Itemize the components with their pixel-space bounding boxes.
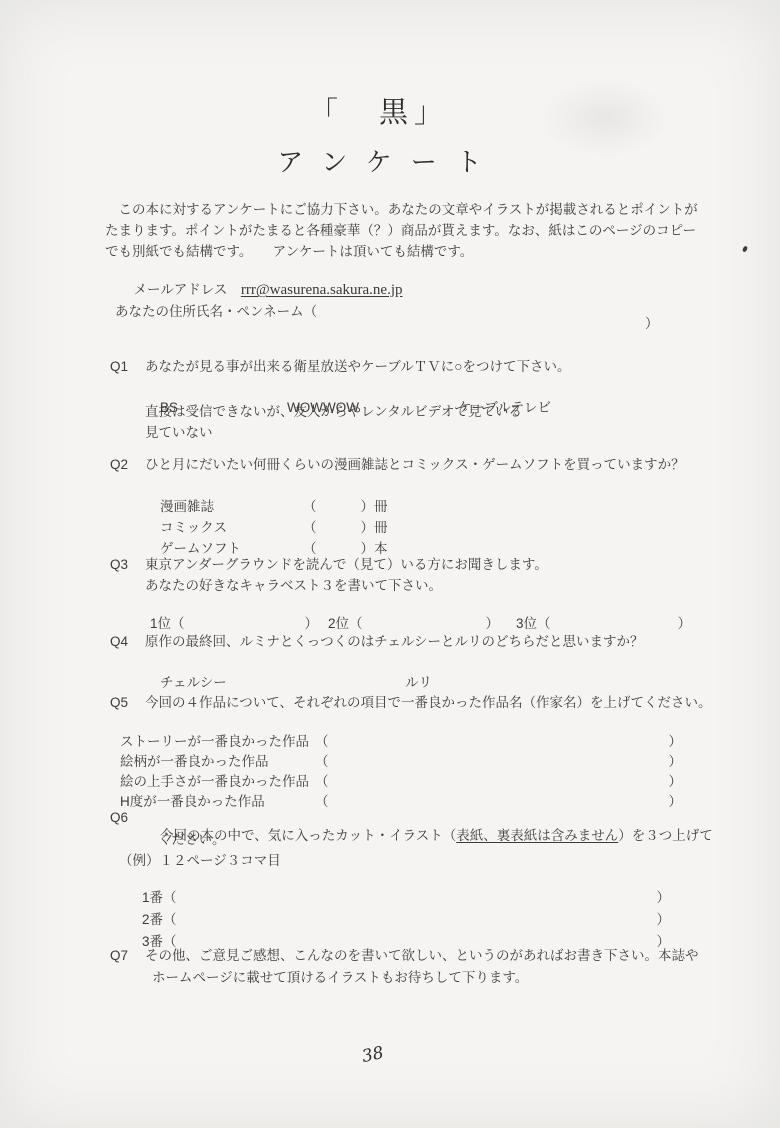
q2-number: Q2 xyxy=(110,456,128,474)
q1-option-none: 見ていない xyxy=(145,424,213,442)
q2-text: ひと月にだいたい何冊くらいの漫画雑誌とコミックス・ゲームソフトを買っていますか？ xyxy=(145,456,685,474)
q1-text: あなたが見る事が出来る衛星放送やケーブルＴＶに○をつけて下さい。 xyxy=(145,358,570,376)
q7-text-line-2: ホームページに載せて頂けるイラストもお待ちして下ります。 xyxy=(152,969,528,987)
page-number: 38 xyxy=(360,1044,385,1066)
q3-text-line-2: あなたの好きなキャラベスト３を書いて下さい。 xyxy=(145,577,442,595)
q3-number: Q3 xyxy=(110,556,128,574)
name-field-label: あなたの住所氏名・ペンネーム（ xyxy=(115,303,317,321)
intro-line-2: たまります。ポイントがたまると各種豪華（？）商品が貰えます。なお、紙はこのページ… xyxy=(105,222,696,240)
q3-text-line-1: 東京アンダーグラウンドを読んで（見て）いる方にお聞きします。 xyxy=(145,556,548,574)
q3-rank2-label: 2位（ xyxy=(328,616,363,631)
q1-option-indirect: 直接は受信できないが、友人からやレンタルビデオで見ている xyxy=(145,403,522,421)
scan-speck xyxy=(742,245,748,252)
answer-paren-close: ） xyxy=(361,541,375,556)
q4-option-ruri: ルリ xyxy=(405,675,432,690)
name-field-close-paren: ） xyxy=(645,315,659,333)
scanned-questionnaire-page: 「 黒」 アンケート この本に対するアンケートにご協力下さい。あなたの文章やイラ… xyxy=(0,0,780,1128)
q3-rank3-label: 3位（ xyxy=(516,616,551,631)
q6-number: Q6 xyxy=(110,809,128,827)
answer-paren-close: ） xyxy=(669,794,683,809)
answer-paren-close: ） xyxy=(486,616,500,631)
q5-text: 今回の４作品について、それぞれの項目で一番良かった作品名（作家名）を上げてくださ… xyxy=(145,694,711,712)
email-address: rrr@wasurena.sakura.ne.jp xyxy=(241,282,403,298)
answer-paren-open: （ xyxy=(303,541,317,556)
q7-number: Q7 xyxy=(110,947,128,965)
intro-line-3: でも別紙でも結構です。 アンケートは頂いても結構です。 xyxy=(105,243,473,261)
answer-paren-close: ） xyxy=(678,616,692,631)
answer-paren-close: ） xyxy=(305,616,319,631)
email-gap xyxy=(227,282,241,297)
answer-paren-open: （ xyxy=(315,794,329,809)
q4-option-chelsea: チェルシー xyxy=(160,674,405,692)
q7-text-line-1: その他、ご意見ご感想、こんなのを書いて欲しい、というのがあればお書き下さい。本誌… xyxy=(145,947,699,965)
intro-line-1: この本に対するアンケートにご協力下さい。あなたの文章やイラストが掲載されるとポイ… xyxy=(105,201,698,219)
q6-text-line-2: ください。 xyxy=(158,831,226,849)
q3-rank1-label: 1位（ xyxy=(150,616,185,631)
answer-unit: 本 xyxy=(374,541,388,556)
email-label: メールアドレス xyxy=(120,282,227,297)
questionnaire-subtitle: アンケート xyxy=(0,146,778,180)
q6-text-underlined: 表紙、裏表紙は含みません xyxy=(456,828,618,843)
q6-text-after: ）を３つ上げて xyxy=(618,828,713,843)
q4-number: Q4 xyxy=(110,633,128,651)
q4-text: 原作の最終回、ルミナとくっつくのはチェルシーとルリのどちらだと思いますか？ xyxy=(145,633,644,651)
q1-number: Q1 xyxy=(110,358,128,376)
q5-number: Q5 xyxy=(110,694,128,712)
page-title: 「 黒」 xyxy=(0,96,758,130)
q6-example: （例）１２ページ３コマ目 xyxy=(119,852,281,870)
